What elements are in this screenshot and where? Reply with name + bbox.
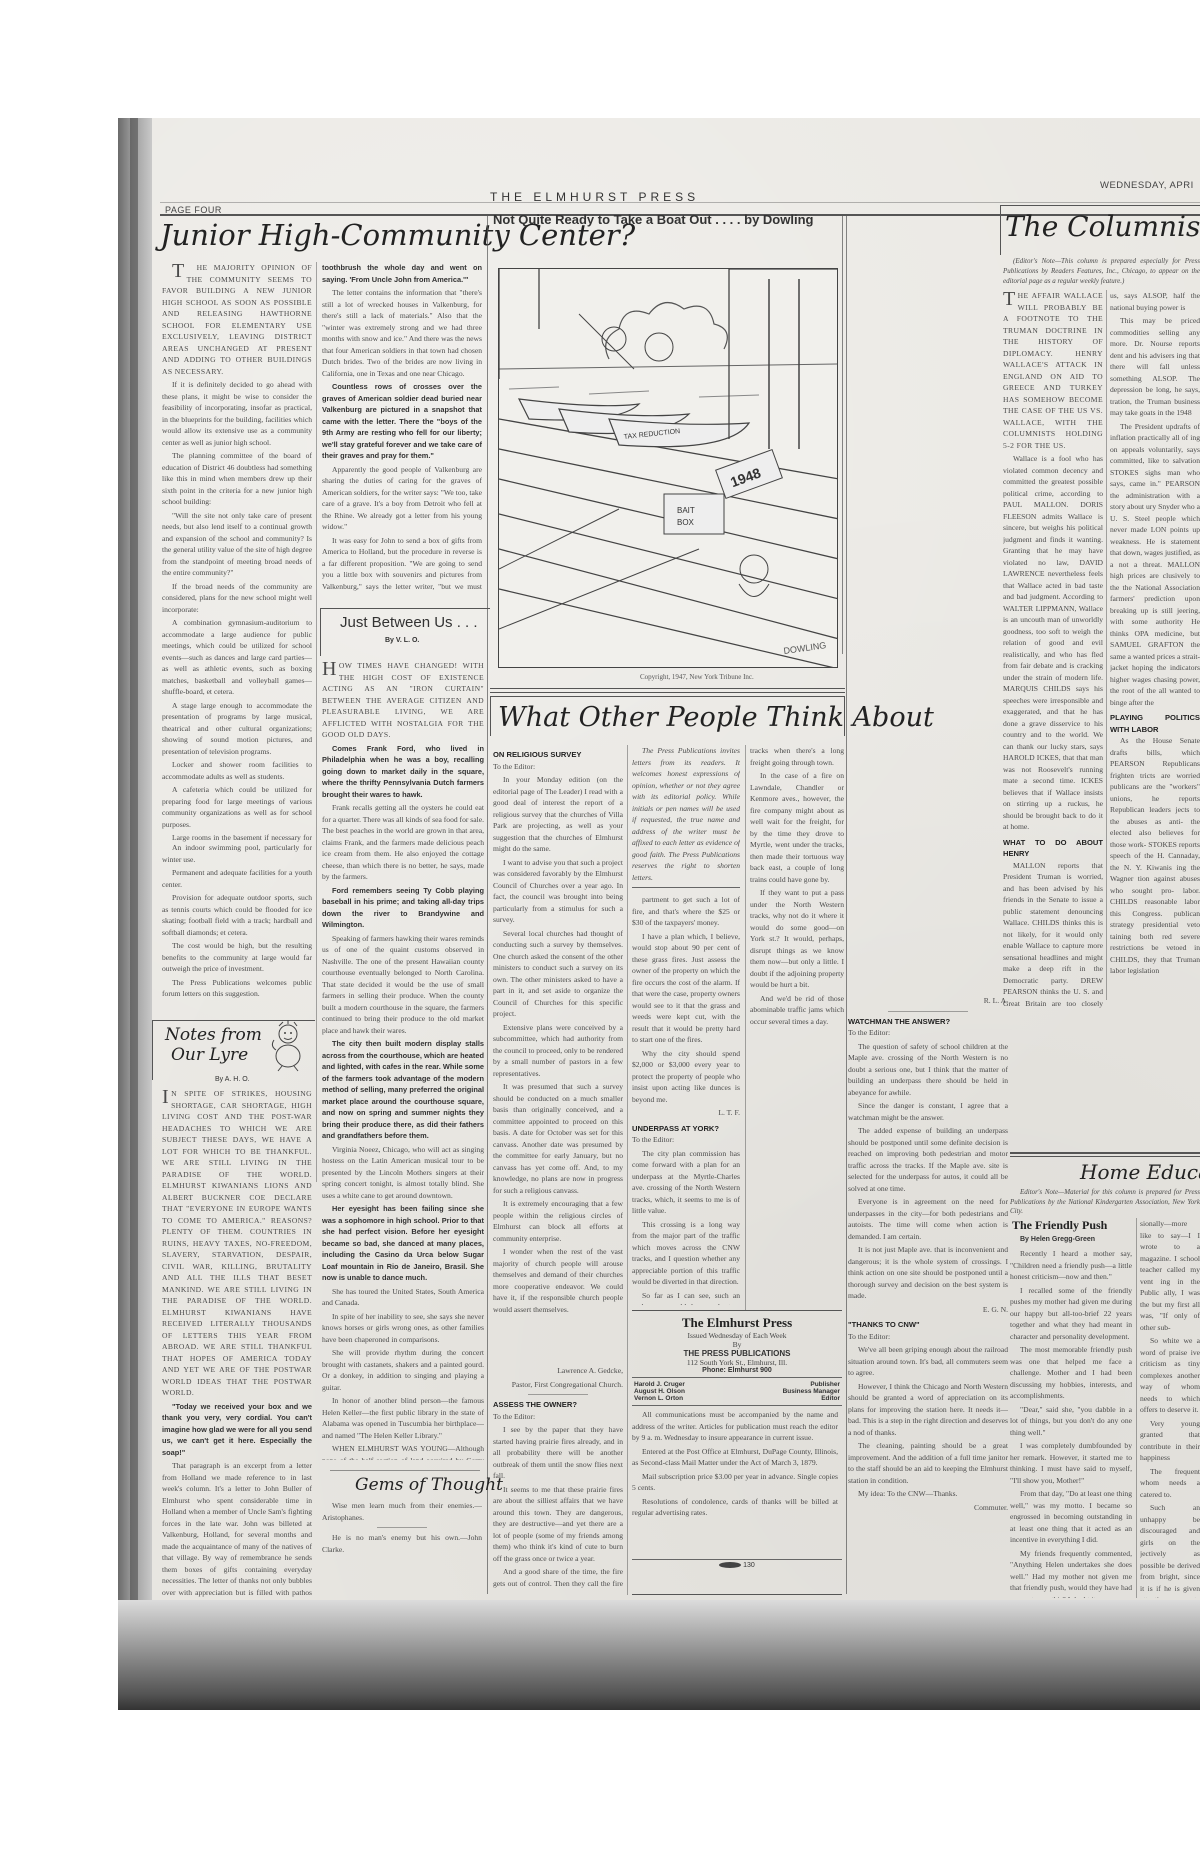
scan-bottom-edge (118, 1600, 1200, 1710)
letter-paragraph: Everyone is in agreement on the need for… (848, 1196, 1008, 1242)
editorial-paragraph: Permanent and adequate facilities for a … (162, 867, 312, 890)
letter-signature: Commuter. (848, 1502, 1008, 1514)
cartoon-illustration: TAX REDUCTION 1948 BAIT BOX DOWLING (499, 269, 838, 668)
editorial-paragraph: The planning committee of the board of e… (162, 450, 312, 508)
letter-paragraph: I want to advise you that such a project… (493, 857, 623, 926)
uncle-john-paragraph: The letter contains the information that… (322, 287, 482, 379)
gem-item: He is no man's enemy but his own.—John C… (322, 1532, 482, 1555)
letter-salutation: To the Editor: (848, 1331, 1008, 1343)
letter-paragraph: partment to get such a lot of fire, and … (632, 894, 740, 929)
home-education-note: Editor's Note—Material for this column i… (1010, 1188, 1200, 1216)
letter-title: UNDERPASS AT YORK? (632, 1123, 740, 1135)
letters-col-4: R. L. A. WATCHMAN THE ANSWER? To the Edi… (848, 995, 1008, 1595)
editorial-paragraph: The Press Publications welcomes public f… (162, 977, 312, 1000)
cartoon-rule (490, 692, 845, 693)
cartoon-rule (490, 688, 845, 689)
editorial-paragraph: A combination gymnasium-auditorium to ac… (162, 617, 312, 698)
letter-paragraph: Since the danger is constant, I agree th… (848, 1100, 1008, 1123)
editorial-paragraph: The cost would be high, but the resultin… (162, 940, 312, 975)
editorial-cartoon: TAX REDUCTION 1948 BAIT BOX DOWLING (498, 268, 838, 668)
jbu-paragraph: In spite of her inability to see, she sa… (322, 1311, 484, 1346)
letter-paragraph: I see by the paper that they have starte… (493, 1424, 623, 1482)
jbu-paragraph: Speaking of farmers hawking their wares … (322, 933, 484, 1037)
cartoon-copyright: Copyright, 1947, New York Tribune Inc. (640, 673, 754, 681)
notes-lyre-title-line1: Notes from (165, 1025, 262, 1045)
friendly-push-paragraph: Recently I heard a mother say, "Children… (1010, 1248, 1132, 1283)
home-education-title: Home Education (1080, 1160, 1200, 1184)
friendly-push-paragraph: I was completely dumbfounded by her rema… (1010, 1440, 1132, 1486)
letter-title: "THANKS TO CNW" (848, 1319, 1008, 1331)
home-education-note-text: Editor's Note—Material for this column i… (1010, 1188, 1200, 1216)
staff-name: August H. Olson (634, 1388, 685, 1395)
columnists-paragraph: As the House Senate drafts bills, which … (1110, 735, 1200, 977)
lyre-paragraph: IN SPITE OF STRIKES, HOUSING SHORTage, c… (162, 1088, 312, 1399)
jbu-bold-paragraph: Comes Frank Ford, who lived in Philadelp… (322, 743, 484, 801)
letter-paragraph: This crossing is a long way from the maj… (632, 1219, 740, 1288)
folio-rule-thin (160, 202, 1200, 203)
letters-policy-note: The Press Publications invites letters f… (632, 745, 740, 888)
columnists-paragraph: MALLON reports that President Truman is … (1003, 860, 1103, 1011)
letter-paragraph: Why the city should spend $2,000 or $3,0… (632, 1048, 740, 1106)
just-between-us-title: Just Between Us . . . (340, 614, 478, 631)
home-education-rule (1010, 1156, 1200, 1157)
column-rule (846, 214, 847, 1594)
letter-paragraph: Extensive plans were conceived by a subc… (493, 1022, 623, 1080)
column-rule (842, 214, 843, 654)
columnists-paragraph: Wallace is a fool who has violated commo… (1003, 453, 1103, 833)
letter-title: ON RELIGIOUS SURVEY (493, 749, 623, 761)
column-rule (1136, 1218, 1137, 1598)
editorial-body-end: An indoor swimming pool, particularly fo… (162, 842, 312, 1002)
letter-paragraph: It was presumed that such a survey shoul… (493, 1081, 623, 1196)
uncle-john-bold-paragraph: Countless rows of crosses over the grave… (322, 381, 482, 462)
editorial-paragraph: "Will the site not only take care of pre… (162, 510, 312, 579)
letter-closing: My idea: To the CNW—Thanks. (848, 1488, 1008, 1500)
letter-signature: R. L. A. (848, 995, 1008, 1007)
svg-text:BAIT: BAIT (677, 506, 695, 515)
columnists-paragraph: This may be priced commodities selling a… (1110, 315, 1200, 419)
letter-salutation: To the Editor: (493, 1411, 623, 1423)
jbu-paragraph: She has toured the United States, South … (322, 1286, 484, 1309)
friendly-push-col-1: Recently I heard a mother say, "Children… (1010, 1248, 1132, 1598)
friendly-push-paragraph: I recalled some of the friendly pushes m… (1010, 1285, 1132, 1343)
cherub-lyre-icon (268, 1020, 310, 1072)
letter-paragraph: So far as I can see, such an underpass w… (632, 1290, 740, 1306)
gems-title: Gems of Thought (355, 1475, 503, 1495)
jbu-paragraph: She will provide rhythm during the conce… (322, 1347, 484, 1393)
uncle-john-column: toothbrush the whole day and went on say… (322, 262, 482, 592)
union-bug-icon (719, 1562, 741, 1568)
letters-headline: What Other People Think About (498, 702, 934, 733)
letter-divider (528, 1394, 588, 1395)
column-rule (627, 745, 628, 1595)
svg-text:DOWLING: DOWLING (783, 640, 827, 656)
gems-body: Wise men learn much from their enemies.—… (322, 1500, 482, 1560)
notes-lyre-byline: By A. H. O. (215, 1076, 250, 1083)
columnists-col-2: us, says ALSOP, half the national buying… (1110, 290, 1200, 1010)
lyre-bold-paragraph: "Today we received your box and we thank… (162, 1401, 312, 1459)
friendly-push-title: The Friendly Push (1012, 1218, 1107, 1233)
uncle-john-paragraph: Apparently the good people of Valkenburg… (322, 464, 482, 533)
home-education-rule (1010, 1152, 1200, 1154)
uncle-john-paragraph: It was easy for John to send a box of gi… (322, 535, 482, 593)
editorial-paragraph: A stage large enough to accommodate the … (162, 700, 312, 758)
editorial-paragraph: If the broad needs of the community are … (162, 581, 312, 616)
notes-lyre-title: Notes from Our Lyre (165, 1025, 262, 1065)
letter-salutation: To the Editor: (848, 1027, 1008, 1039)
friendly-push-paragraph: From that day, "Do at least one thing we… (1010, 1488, 1132, 1546)
letter-paragraph: The added expense of building an underpa… (848, 1125, 1008, 1194)
letter-signature-name: Lawrence A. Gedcke, (493, 1365, 623, 1377)
letter-paragraph: However, I think the Chicago and North W… (848, 1381, 1008, 1439)
column-rule (316, 262, 317, 1182)
friendly-push-paragraph: The frequent whom needs a catered to. (1140, 1466, 1200, 1501)
gem-item: Wise men learn much from their enemies.—… (322, 1500, 482, 1523)
friendly-push-paragraph: Very young granted that contribute in th… (1140, 1418, 1200, 1464)
binding-edge (130, 118, 138, 1710)
column-rule (1106, 290, 1107, 1000)
letter-title: WATCHMAN THE ANSWER? (848, 1016, 1008, 1028)
column-rule (487, 214, 488, 1594)
columnists-title: The Columnists (1005, 210, 1200, 243)
letter-paragraph: And we'd be rid of those abominable traf… (750, 993, 844, 1028)
columnists-subhead: PLAYING POLITICS WITH LABOR (1110, 712, 1200, 735)
friendly-push-paragraph: The most memorable friendly push was one… (1010, 1344, 1132, 1402)
just-between-us-body: HOW TIMES HAVE CHANGED! WITH the high co… (322, 660, 484, 1460)
letters-col-1: ON RELIGIOUS SURVEY To the Editor: In yo… (493, 745, 623, 1445)
letter-paragraph: tracks when there's a long freight going… (750, 745, 844, 768)
jbu-paragraph: In honor of another blind person—the fam… (322, 1395, 484, 1441)
friendly-push-paragraph: So white we a word of praise ive critici… (1140, 1335, 1200, 1416)
jbu-paragraph: WHEN ELMHURST WAS YOUNG—Although none of… (322, 1443, 484, 1460)
staff-name: Harold J. Cruger (634, 1381, 685, 1388)
letter-paragraph: The city plan commission has come forwar… (632, 1148, 740, 1217)
notes-lyre-body: IN SPITE OF STRIKES, HOUSING SHORTage, c… (162, 1088, 312, 1598)
letter-paragraph: If they want to put a pass under the Nor… (750, 887, 844, 991)
columnists-col-1: THE AFFAIR WALLACE WILL probably be a fo… (1003, 290, 1103, 1010)
editorial-paragraph: Locker and shower room facilities to acc… (162, 759, 312, 782)
editorial-paragraph: If it is definitely decided to go ahead … (162, 379, 312, 448)
letter-paragraph: The cleaning, painting should be a great… (848, 1440, 1008, 1486)
columnists-paragraph: THE AFFAIR WALLACE WILL probably be a fo… (1003, 290, 1103, 451)
letter-paragraph: The question of safety of school childre… (848, 1041, 1008, 1099)
columnists-editors-note: (Editor's Note—This column is prepared e… (1003, 256, 1200, 292)
friendly-push-col-2: sionally—more like to say—I I wrote to a… (1140, 1218, 1200, 1598)
letter-salutation: To the Editor: (493, 761, 623, 773)
jbu-bold-paragraph: Ford remembers seeing Ty Cobb playing ba… (322, 885, 484, 931)
letter-paragraph: Several local churches had thought of co… (493, 928, 623, 1020)
gems-divider (377, 1527, 427, 1528)
columnists-paragraph: us, says ALSOP, half the national buying… (1110, 290, 1200, 313)
jbu-bold-paragraph: The city then built modern display stall… (322, 1038, 484, 1142)
letter-paragraph: I have a plan which, I believe, would st… (632, 931, 740, 1046)
editorial-body: THE MAJORITY OPINION OF THE community se… (162, 262, 312, 842)
editorial-paragraph: Provision for adequate outdoor sports, s… (162, 892, 312, 938)
staff-name: Vernon L. Orton (634, 1395, 683, 1402)
cartoon-title: Not Quite Ready to Take a Boat Out . . .… (493, 212, 813, 227)
jbu-paragraph: Frank recalls getting all the oysters he… (322, 802, 484, 883)
letter-paragraph: We've all been griping enough about the … (848, 1344, 1008, 1379)
letter-paragraph: In your Monday edition (on the editorial… (493, 774, 623, 855)
editorial-paragraph: An indoor swimming pool, particularly fo… (162, 842, 312, 865)
jbu-paragraph: HOW TIMES HAVE CHANGED! WITH the high co… (322, 660, 484, 741)
letters-col-3: tracks when there's a long freight going… (750, 745, 844, 1595)
svg-text:BOX: BOX (677, 518, 695, 527)
uncle-john-lead: toothbrush the whole day and went on say… (322, 262, 482, 285)
friendly-push-paragraph: Such an unhappy be discouraged and girls… (1140, 1502, 1200, 1598)
letter-title: ASSESS THE OWNER? (493, 1399, 623, 1411)
friendly-push-paragraph: "Dear," said she, "you dabble in a lot o… (1010, 1404, 1132, 1439)
editorial-paragraph: A cafeteria which could be utilized for … (162, 784, 312, 830)
friendly-push-paragraph: sionally—more like to say—I I wrote to a… (1140, 1218, 1200, 1333)
letters-col-2: The Press Publications invites letters f… (632, 745, 740, 1305)
friendly-push-byline: By Helen Gregg-Green (1020, 1236, 1095, 1243)
gems-rule (330, 1470, 480, 1471)
letter-signature: L. T. F. (632, 1107, 740, 1119)
letter-paragraph: It is extremely encouraging that a few p… (493, 1198, 623, 1244)
column-rule (745, 745, 746, 1310)
columnists-subhead: WHAT TO DO ABOUT HENRY (1003, 837, 1103, 860)
letter-paragraph: In the case of a fire on Lawndale, Chand… (750, 770, 844, 885)
letter-signature: E. G. N. (848, 1304, 1008, 1316)
dateline: WEDNESDAY, APRI (1100, 180, 1194, 191)
just-between-us-byline: By V. L. O. (385, 637, 419, 644)
letters-col-1b: Lawrence A. Gedcke, Pastor, First Congre… (493, 1365, 623, 1590)
columnists-paragraph: The President updrafts of inflation prac… (1110, 421, 1200, 709)
letter-paragraph: It seems to me that these prairie fires … (493, 1484, 623, 1565)
friendly-push-paragraph: My friends frequently commented, "Anythi… (1010, 1548, 1132, 1599)
jbu-bold-paragraph: Her eyesight has been failing since she … (322, 1203, 484, 1284)
columnists-note-text: (Editor's Note—This column is prepared e… (1003, 256, 1200, 286)
editorial-paragraph: THE MAJORITY OPINION OF THE community se… (162, 262, 312, 377)
lyre-paragraph: That paragraph is an excerpt from a lett… (162, 1460, 312, 1598)
letter-signature-title: Pastor, First Congregational Church. (493, 1379, 623, 1391)
letter-divider (888, 1011, 968, 1012)
jbu-paragraph: Virginia Noeez, Chicago, who will act as… (322, 1144, 484, 1202)
letter-paragraph: It is not just Maple ave. that is inconv… (848, 1244, 1008, 1302)
letter-salutation: To the Editor: (632, 1134, 740, 1146)
letter-paragraph: And a good share of the time, the fire g… (493, 1566, 623, 1590)
notes-lyre-title-line2: Our Lyre (165, 1045, 262, 1065)
editorial-paragraph: Large rooms in the basement if necessary… (162, 832, 312, 842)
letter-paragraph: I wonder when the rest of the vast major… (493, 1246, 623, 1315)
